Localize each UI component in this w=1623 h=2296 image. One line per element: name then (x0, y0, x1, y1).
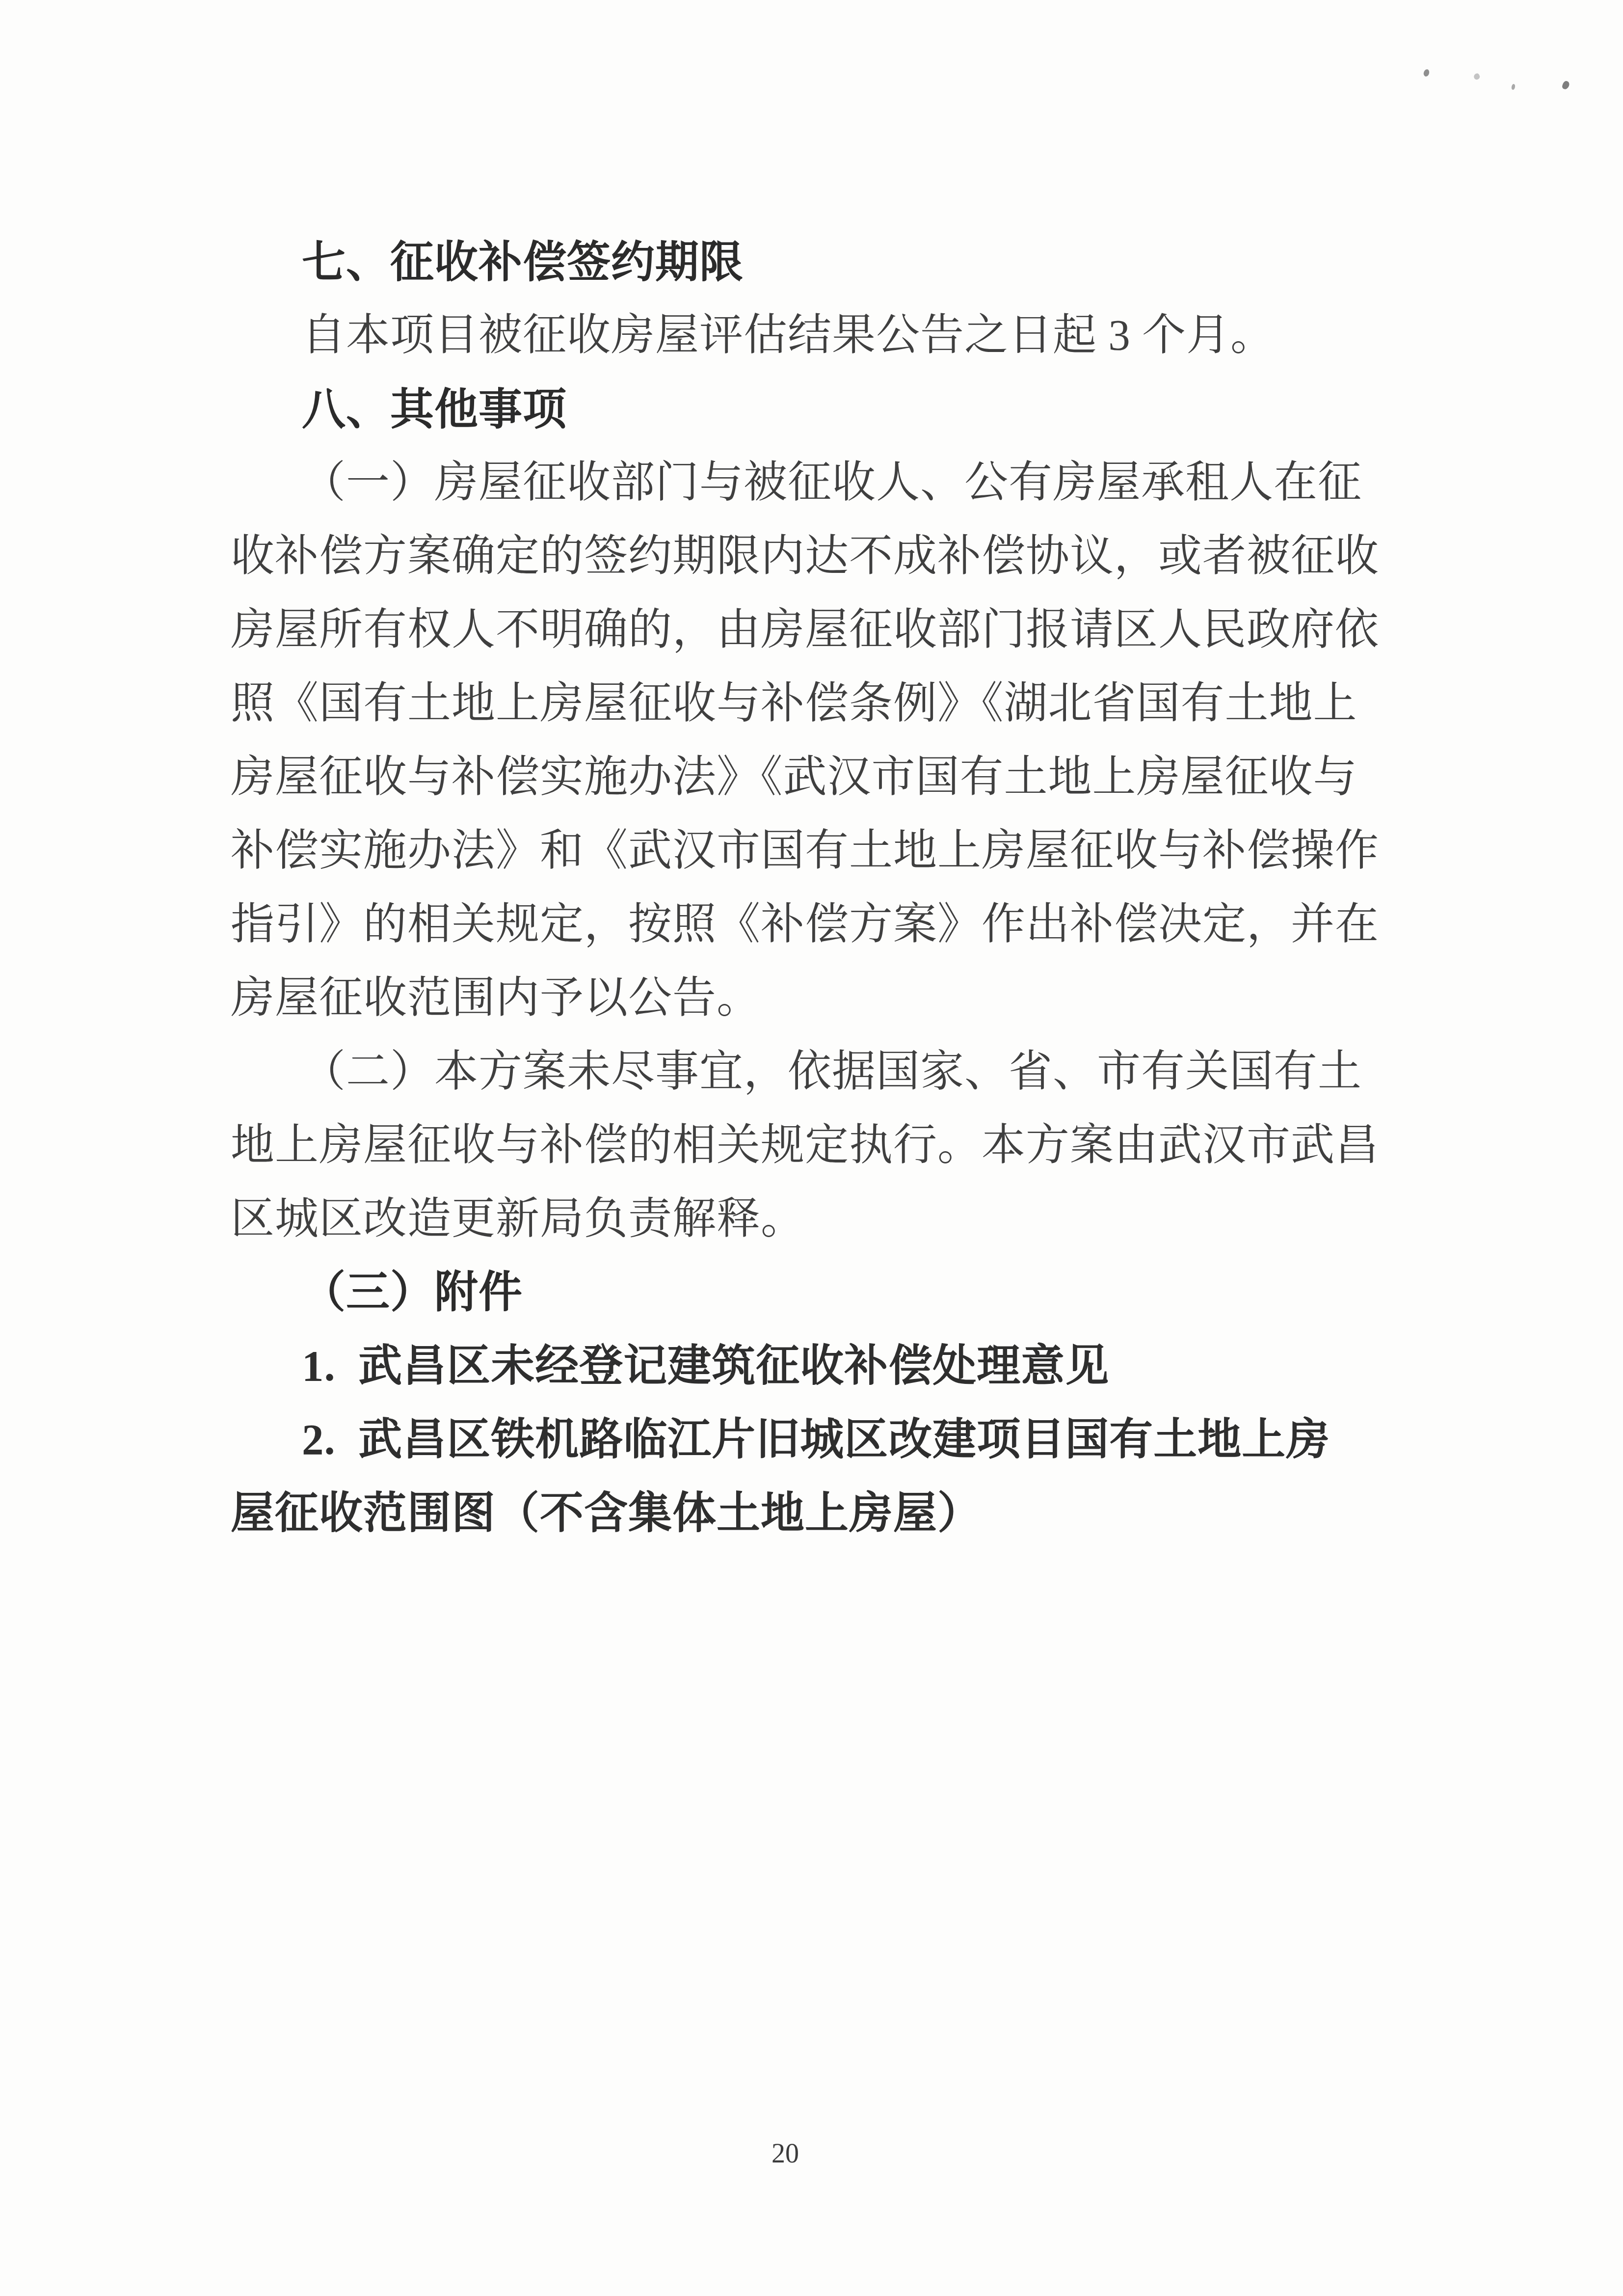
text-line: 房屋征收范围内予以公告。 (231, 961, 1382, 1035)
text-line: 地上房屋征收与补偿的相关规定执行。本方案由武汉市武昌 (231, 1108, 1382, 1182)
scan-artifact (1423, 69, 1430, 78)
text-line: 补偿实施办法》和《武汉市国有土地上房屋征收与补偿操作 (231, 814, 1382, 888)
document-page: 七、征收补偿签约期限自本项目被征收房屋评估结果公告之日起 3 个月。八、其他事项… (0, 0, 1623, 2296)
scan-artifact (1473, 73, 1481, 81)
text-line: 1. 武昌区未经登记建筑征收补偿处理意见 (231, 1329, 1382, 1403)
text-line: 指引》的相关规定，按照《补偿方案》作出补偿决定，并在 (231, 888, 1382, 961)
text-line: 区城区改造更新局负责解释。 (231, 1182, 1382, 1256)
text-line: 房屋所有权人不明确的，由房屋征收部门报请区人民政府依 (231, 593, 1382, 667)
text-line: 七、征收补偿签约期限 (231, 225, 1382, 298)
text-line: 2. 武昌区铁机路临江片旧城区改建项目国有土地上房 (231, 1403, 1382, 1477)
document-body: 七、征收补偿签约期限自本项目被征收房屋评估结果公告之日起 3 个月。八、其他事项… (231, 225, 1382, 1550)
scan-artifact (1511, 83, 1516, 90)
text-line: 照《国有土地上房屋征收与补偿条例》《湖北省国有土地上 (231, 667, 1382, 740)
text-line: （三）附件 (231, 1256, 1382, 1329)
scan-artifact (1561, 80, 1570, 90)
text-line: （二）本方案未尽事宜，依据国家、省、市有关国有土 (231, 1035, 1382, 1108)
text-line: 屋征收范围图（不含集体土地上房屋） (231, 1477, 1382, 1550)
page-number: 20 (756, 2136, 815, 2171)
text-line: 八、其他事项 (231, 372, 1382, 446)
text-line: 自本项目被征收房屋评估结果公告之日起 3 个月。 (231, 298, 1382, 372)
text-line: 房屋征收与补偿实施办法》《武汉市国有土地上房屋征收与 (231, 740, 1382, 814)
text-line: 收补偿方案确定的签约期限内达不成补偿协议，或者被征收 (231, 519, 1382, 593)
text-line: （一）房屋征收部门与被征收人、公有房屋承租人在征 (231, 446, 1382, 519)
